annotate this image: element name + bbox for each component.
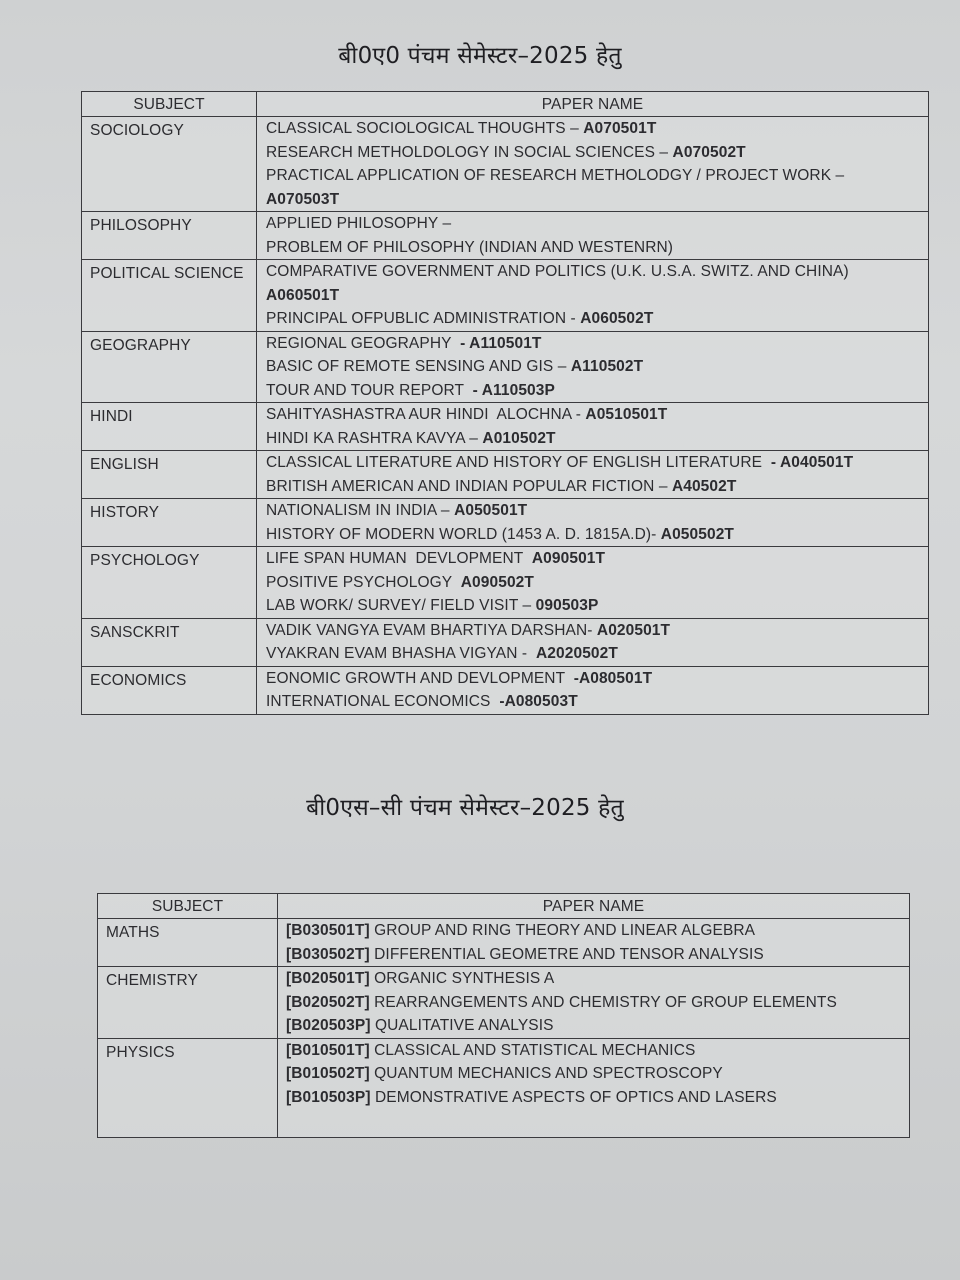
paper-code: A110502T <box>571 358 643 375</box>
paper-entry: [B010501T] CLASSICAL AND STATISTICAL MEC… <box>286 1039 901 1063</box>
paper-code: A090502T <box>461 574 534 591</box>
bsc-papers-table: SUBJECT PAPER NAME MATHS[B030501T] GROUP… <box>97 893 910 1138</box>
paper-entry: REGIONAL GEOGRAPHY - A110501T <box>266 332 920 356</box>
papers-cell: [B020501T] ORGANIC SYNTHESIS A[B020502T]… <box>278 967 910 1039</box>
table-row: ECONOMICSEONOMIC GROWTH AND DEVLOPMENT -… <box>82 666 929 714</box>
paper-title: CLASSICAL SOCIOLOGICAL THOUGHTS – <box>266 120 583 137</box>
paper-code: A40502T <box>672 478 736 495</box>
subject-cell: PHYSICS <box>98 1038 278 1137</box>
paper-title: PROBLEM OF PHILOSOPHY (INDIAN AND WESTEN… <box>266 239 673 256</box>
table-row: SANSCKRITVADIK VANGYA EVAM BHARTIYA DARS… <box>82 618 929 666</box>
paper-entry: A070503T <box>266 188 920 212</box>
table-header-row: SUBJECT PAPER NAME <box>98 894 910 919</box>
subject-cell: SANSCKRIT <box>82 618 257 666</box>
paper-entry: [B020501T] ORGANIC SYNTHESIS A <box>286 967 901 991</box>
paper-entry: [B020502T] REARRANGEMENTS AND CHEMISTRY … <box>286 991 901 1015</box>
paper-title: PRACTICAL APPLICATION OF RESEARCH METHOL… <box>266 167 844 184</box>
paper-code: - A110503P <box>473 382 555 399</box>
papers-cell: EONOMIC GROWTH AND DEVLOPMENT -A080501TI… <box>257 666 929 714</box>
paper-entry: BASIC OF REMOTE SENSING AND GIS – A11050… <box>266 355 920 379</box>
paper-title: QUANTUM MECHANICS AND SPECTROSCOPY <box>370 1065 723 1082</box>
paper-title: VADIK VANGYA EVAM BHARTIYA DARSHAN- <box>266 622 597 639</box>
paper-code: A050502T <box>661 526 734 543</box>
table-row: MATHS[B030501T] GROUP AND RING THEORY AN… <box>98 919 910 967</box>
paper-title: POSITIVE PSYCHOLOGY <box>266 574 461 591</box>
paper-entry: CLASSICAL LITERATURE AND HISTORY OF ENGL… <box>266 451 920 475</box>
subject-cell: HISTORY <box>82 499 257 547</box>
paper-code: -A080503T <box>499 693 577 710</box>
paper-code: A070503T <box>266 191 339 208</box>
paper-title: DIFFERENTIAL GEOMETRE AND TENSOR ANALYSI… <box>370 946 764 963</box>
paper-title: SAHITYASHASTRA AUR HINDI ALOCHNA - <box>266 406 585 423</box>
paper-entry: [B030501T] GROUP AND RING THEORY AND LIN… <box>286 919 901 943</box>
paper-code: [B020501T] <box>286 970 370 987</box>
paper-entry: VYAKRAN EVAM BHASHA VIGYAN - A2020502T <box>266 642 920 666</box>
paper-code: [B030501T] <box>286 922 370 939</box>
paper-title: HINDI KA RASHTRA KAVYA – <box>266 430 482 447</box>
paper-entry: PRINCIPAL OFPUBLIC ADMINISTRATION - A060… <box>266 307 920 331</box>
table-header-row: SUBJECT PAPER NAME <box>82 92 929 117</box>
paper-title: BRITISH AMERICAN AND INDIAN POPULAR FICT… <box>266 478 672 495</box>
paper-code: A020501T <box>597 622 670 639</box>
paper-code: A090501T <box>532 550 605 567</box>
paper-code: [B020503P] <box>286 1017 371 1034</box>
paper-code: A070502T <box>673 144 746 161</box>
paper-code: A010502T <box>482 430 555 447</box>
paper-entry: COMPARATIVE GOVERNMENT AND POLITICS (U.K… <box>266 260 920 284</box>
paper-name-column-header: PAPER NAME <box>278 894 910 919</box>
paper-title: DEMONSTRATIVE ASPECTS OF OPTICS AND LASE… <box>371 1089 777 1106</box>
paper-title: ORGANIC SYNTHESIS A <box>370 970 555 987</box>
paper-title: PRINCIPAL OFPUBLIC ADMINISTRATION - <box>266 310 580 327</box>
paper-code: 090503P <box>536 597 599 614</box>
paper-title: COMPARATIVE GOVERNMENT AND POLITICS (U.K… <box>266 263 849 280</box>
paper-entry: [B010502T] QUANTUM MECHANICS AND SPECTRO… <box>286 1062 901 1086</box>
paper-title: HISTORY OF MODERN WORLD (1453 A. D. 1815… <box>266 526 661 543</box>
paper-entry: RESEARCH METHOLDOLOGY IN SOCIAL SCIENCES… <box>266 141 920 165</box>
paper-code: A070501T <box>583 120 656 137</box>
papers-cell: SAHITYASHASTRA AUR HINDI ALOCHNA - A0510… <box>257 403 929 451</box>
paper-title: NATIONALISM IN INDIA – <box>266 502 454 519</box>
paper-title: BASIC OF REMOTE SENSING AND GIS – <box>266 358 571 375</box>
paper-title: TOUR AND TOUR REPORT <box>266 382 473 399</box>
paper-title: RESEARCH METHOLDOLOGY IN SOCIAL SCIENCES… <box>266 144 673 161</box>
subject-cell: POLITICAL SCIENCE <box>82 260 257 332</box>
paper-title: LAB WORK/ SURVEY/ FIELD VISIT – <box>266 597 536 614</box>
subject-cell: PSYCHOLOGY <box>82 547 257 619</box>
paper-title: APPLIED PHILOSOPHY – <box>266 215 451 232</box>
paper-code: [B030502T] <box>286 946 370 963</box>
papers-cell: NATIONALISM IN INDIA – A050501THISTORY O… <box>257 499 929 547</box>
paper-entry: A060501T <box>266 284 920 308</box>
paper-entry: POSITIVE PSYCHOLOGY A090502T <box>266 571 920 595</box>
paper-title: REARRANGEMENTS AND CHEMISTRY OF GROUP EL… <box>370 994 837 1011</box>
subject-cell: ENGLISH <box>82 451 257 499</box>
subject-cell: CHEMISTRY <box>98 967 278 1039</box>
paper-code: A060502T <box>580 310 653 327</box>
paper-entry: CLASSICAL SOCIOLOGICAL THOUGHTS – A07050… <box>266 117 920 141</box>
papers-cell: COMPARATIVE GOVERNMENT AND POLITICS (U.K… <box>257 260 929 332</box>
paper-title: GROUP AND RING THEORY AND LINEAR ALGEBRA <box>370 922 755 939</box>
subject-cell: HINDI <box>82 403 257 451</box>
paper-entry: PRACTICAL APPLICATION OF RESEARCH METHOL… <box>266 164 920 188</box>
paper-entry: PROBLEM OF PHILOSOPHY (INDIAN AND WESTEN… <box>266 236 920 260</box>
paper-entry: EONOMIC GROWTH AND DEVLOPMENT -A080501T <box>266 667 920 691</box>
paper-code: [B010502T] <box>286 1065 370 1082</box>
paper-entry: HINDI KA RASHTRA KAVYA – A010502T <box>266 427 920 451</box>
table-row: HINDISAHITYASHASTRA AUR HINDI ALOCHNA - … <box>82 403 929 451</box>
papers-cell: [B010501T] CLASSICAL AND STATISTICAL MEC… <box>278 1038 910 1137</box>
table-row: PHYSICS[B010501T] CLASSICAL AND STATISTI… <box>98 1038 910 1137</box>
paper-entry: APPLIED PHILOSOPHY – <box>266 212 920 236</box>
paper-title: LIFE SPAN HUMAN DEVLOPMENT <box>266 550 532 567</box>
table-row: HISTORYNATIONALISM IN INDIA – A050501THI… <box>82 499 929 547</box>
paper-entry: [B020503P] QUALITATIVE ANALYSIS <box>286 1014 901 1038</box>
paper-code: [B010501T] <box>286 1042 370 1059</box>
paper-entry: INTERNATIONAL ECONOMICS -A080503T <box>266 690 920 714</box>
paper-entry: HISTORY OF MODERN WORLD (1453 A. D. 1815… <box>266 523 920 547</box>
paper-title: CLASSICAL LITERATURE AND HISTORY OF ENGL… <box>266 454 771 471</box>
table-row: PHILOSOPHYAPPLIED PHILOSOPHY –PROBLEM OF… <box>82 212 929 260</box>
paper-title: CLASSICAL AND STATISTICAL MECHANICS <box>370 1042 696 1059</box>
subject-column-header: SUBJECT <box>82 92 257 117</box>
paper-code: A060501T <box>266 287 339 304</box>
paper-entry: NATIONALISM IN INDIA – A050501T <box>266 499 920 523</box>
paper-code: [B010503P] <box>286 1089 371 1106</box>
paper-code: A0510501T <box>585 406 667 423</box>
papers-cell: CLASSICAL LITERATURE AND HISTORY OF ENGL… <box>257 451 929 499</box>
subject-cell: SOCIOLOGY <box>82 117 257 212</box>
papers-cell: REGIONAL GEOGRAPHY - A110501TBASIC OF RE… <box>257 331 929 403</box>
paper-entry: VADIK VANGYA EVAM BHARTIYA DARSHAN- A020… <box>266 619 920 643</box>
paper-entry: [B030502T] DIFFERENTIAL GEOMETRE AND TEN… <box>286 943 901 967</box>
paper-title: INTERNATIONAL ECONOMICS <box>266 693 499 710</box>
paper-entry: BRITISH AMERICAN AND INDIAN POPULAR FICT… <box>266 475 920 499</box>
papers-cell: [B030501T] GROUP AND RING THEORY AND LIN… <box>278 919 910 967</box>
paper-title: QUALITATIVE ANALYSIS <box>371 1017 554 1034</box>
subject-cell: GEOGRAPHY <box>82 331 257 403</box>
paper-title: REGIONAL GEOGRAPHY <box>266 335 460 352</box>
subject-column-header: SUBJECT <box>98 894 278 919</box>
papers-cell: VADIK VANGYA EVAM BHARTIYA DARSHAN- A020… <box>257 618 929 666</box>
paper-code: - A040501T <box>771 454 853 471</box>
ba-papers-table: SUBJECT PAPER NAME SOCIOLOGYCLASSICAL SO… <box>81 91 929 715</box>
subject-cell: MATHS <box>98 919 278 967</box>
table-row: ENGLISHCLASSICAL LITERATURE AND HISTORY … <box>82 451 929 499</box>
paper-entry: TOUR AND TOUR REPORT - A110503P <box>266 379 920 403</box>
bsc-section-title: बी0एस–सी पंचम सेमेस्टर–2025 हेतु <box>0 790 945 822</box>
subject-cell: ECONOMICS <box>82 666 257 714</box>
paper-name-column-header: PAPER NAME <box>257 92 929 117</box>
ba-section-title: बी0ए0 पंचम सेमेस्टर–2025 हेतु <box>0 38 960 70</box>
paper-title: EONOMIC GROWTH AND DEVLOPMENT <box>266 670 574 687</box>
paper-code: A050501T <box>454 502 527 519</box>
table-row: PSYCHOLOGYLIFE SPAN HUMAN DEVLOPMENT A09… <box>82 547 929 619</box>
papers-cell: APPLIED PHILOSOPHY –PROBLEM OF PHILOSOPH… <box>257 212 929 260</box>
papers-cell: CLASSICAL SOCIOLOGICAL THOUGHTS – A07050… <box>257 117 929 212</box>
papers-cell: LIFE SPAN HUMAN DEVLOPMENT A090501TPOSIT… <box>257 547 929 619</box>
paper-entry: LIFE SPAN HUMAN DEVLOPMENT A090501T <box>266 547 920 571</box>
table-row: POLITICAL SCIENCECOMPARATIVE GOVERNMENT … <box>82 260 929 332</box>
paper-code: -A080501T <box>574 670 652 687</box>
paper-title: VYAKRAN EVAM BHASHA VIGYAN - <box>266 645 536 662</box>
paper-entry: SAHITYASHASTRA AUR HINDI ALOCHNA - A0510… <box>266 403 920 427</box>
paper-entry: LAB WORK/ SURVEY/ FIELD VISIT – 090503P <box>266 594 920 618</box>
table-row: CHEMISTRY[B020501T] ORGANIC SYNTHESIS A[… <box>98 967 910 1039</box>
paper-code: A2020502T <box>536 645 618 662</box>
subject-cell: PHILOSOPHY <box>82 212 257 260</box>
paper-code: [B020502T] <box>286 994 370 1011</box>
table-row: GEOGRAPHYREGIONAL GEOGRAPHY - A110501TBA… <box>82 331 929 403</box>
paper-entry: [B010503P] DEMONSTRATIVE ASPECTS OF OPTI… <box>286 1086 901 1110</box>
table-row: SOCIOLOGYCLASSICAL SOCIOLOGICAL THOUGHTS… <box>82 117 929 212</box>
paper-code: - A110501T <box>460 335 541 352</box>
